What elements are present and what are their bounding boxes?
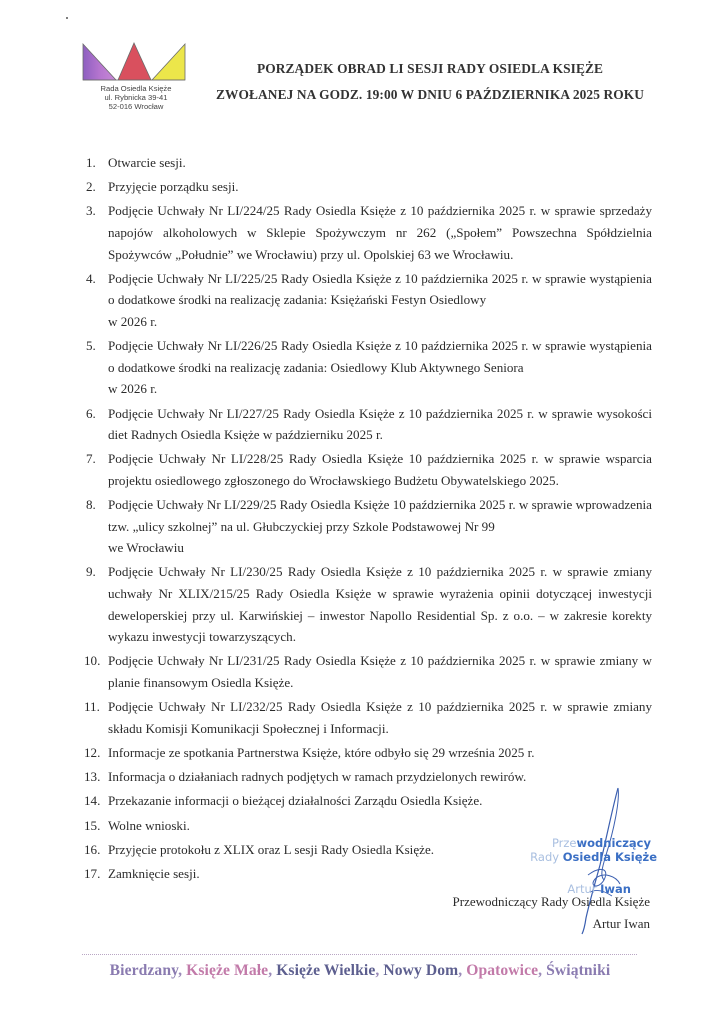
signer-role: Przewodniczący Rady Osiedla Księże	[453, 891, 650, 913]
agenda-item-number: 12.	[84, 742, 100, 764]
footer-divider	[82, 954, 637, 955]
agenda-list: 1.Otwarcie sesji.2.Przyjęcie porządku se…	[86, 152, 652, 887]
logo-address: Rada Osiedla Księże ul. Rybnicka 39-41 5…	[80, 84, 192, 112]
agenda-item: 8.Podjęcie Uchwały Nr LI/229/25 Rady Osi…	[86, 494, 652, 559]
agenda-item-text: Podjęcie Uchwały Nr LI/232/25 Rady Osied…	[108, 696, 652, 739]
stamp-line-1: Przewodniczący	[552, 836, 651, 850]
agenda-item-number: 3.	[86, 200, 96, 222]
agenda-item-number: 15.	[84, 815, 100, 837]
agenda-item: 7.Podjęcie Uchwały Nr LI/228/25 Rady Osi…	[86, 448, 652, 491]
agenda-item-number: 4.	[86, 268, 96, 290]
footer-separator: ,	[538, 962, 546, 979]
footer-locality: Opatowice	[466, 962, 538, 979]
agenda-item-number: 7.	[86, 448, 96, 470]
agenda-item: 11.Podjęcie Uchwały Nr LI/232/25 Rady Os…	[86, 696, 652, 739]
agenda-item-number: 2.	[86, 176, 96, 198]
stamp-line-2: Rady Osiedla Księże	[530, 850, 657, 864]
agenda-item-text-tail: w 2026 r.	[108, 311, 652, 333]
signature-block: Przewodniczący Rady Osiedla Księże Artur…	[453, 891, 650, 935]
agenda-item-number: 16.	[84, 839, 100, 861]
agenda-item-number: 17.	[84, 863, 100, 885]
footer-locality: Księże Wielkie	[276, 962, 375, 979]
agenda-item: 12.Informacje ze spotkania Partnerstwa K…	[86, 742, 652, 764]
agenda-item-text: Podjęcie Uchwały Nr LI/225/25 Rady Osied…	[108, 268, 652, 311]
agenda-item-text: Podjęcie Uchwały Nr LI/229/25 Rady Osied…	[108, 494, 652, 537]
footer-locality: Księże Małe	[186, 962, 268, 979]
agenda-item-number: 9.	[86, 561, 96, 583]
agenda-item-text: Podjęcie Uchwały Nr LI/227/25 Rady Osied…	[108, 403, 652, 446]
title-line-1: PORZĄDEK OBRAD LI SESJI RADY OSIEDLA KSI…	[200, 56, 660, 82]
agenda-item-text: Przyjęcie porządku sesji.	[108, 176, 652, 198]
agenda-item-text: Informacje ze spotkania Partnerstwa Księ…	[108, 742, 652, 764]
agenda-item: 3.Podjęcie Uchwały Nr LI/224/25 Rady Osi…	[86, 200, 652, 265]
agenda-item-text-tail: w 2026 r.	[108, 378, 652, 400]
agenda-item-number: 14.	[84, 790, 100, 812]
triangles-logo-icon	[82, 42, 188, 82]
agenda-item-text: Podjęcie Uchwały Nr LI/231/25 Rady Osied…	[108, 650, 652, 693]
footer-localities: Bierdzany, Księże Małe, Księże Wielkie, …	[60, 958, 660, 984]
agenda-item-text: Podjęcie Uchwały Nr LI/226/25 Rady Osied…	[108, 335, 652, 378]
logo-city: 52-016 Wrocław	[80, 102, 192, 111]
agenda-item: 5.Podjęcie Uchwały Nr LI/226/25 Rady Osi…	[86, 335, 652, 400]
footer-locality: Świątniki	[546, 962, 610, 979]
scan-speck	[66, 17, 68, 19]
title-line-2: ZWOŁANEJ NA GODZ. 19:00 W DNIU 6 PAŹDZIE…	[200, 82, 660, 108]
agenda-item-number: 10.	[84, 650, 100, 672]
agenda-item-text: Podjęcie Uchwały Nr LI/228/25 Rady Osied…	[108, 448, 652, 491]
agenda-item-number: 6.	[86, 403, 96, 425]
footer-locality: Bierdzany	[110, 962, 178, 979]
signer-name: Artur Iwan	[453, 913, 650, 935]
agenda-item-text: Podjęcie Uchwały Nr LI/224/25 Rady Osied…	[108, 200, 652, 265]
logo-street: ul. Rybnicka 39-41	[80, 93, 192, 102]
agenda-item-number: 13.	[84, 766, 100, 788]
footer-locality: Nowy Dom	[383, 962, 458, 979]
agenda-item: 9.Podjęcie Uchwały Nr LI/230/25 Rady Osi…	[86, 561, 652, 647]
agenda-item: 2.Przyjęcie porządku sesji.	[86, 176, 652, 198]
logo-org-name: Rada Osiedla Księże	[80, 84, 192, 93]
agenda-item-text-tail: we Wrocławiu	[108, 537, 652, 559]
agenda-item: 10.Podjęcie Uchwały Nr LI/231/25 Rady Os…	[86, 650, 652, 693]
agenda-item-number: 11.	[84, 696, 100, 718]
document-title: PORZĄDEK OBRAD LI SESJI RADY OSIEDLA KSI…	[200, 56, 660, 108]
agenda-item: 4.Podjęcie Uchwały Nr LI/225/25 Rady Osi…	[86, 268, 652, 333]
agenda-item-text: Podjęcie Uchwały Nr LI/230/25 Rady Osied…	[108, 561, 652, 647]
agenda-item: 6.Podjęcie Uchwały Nr LI/227/25 Rady Osi…	[86, 403, 652, 446]
footer-separator: ,	[268, 962, 276, 979]
agenda-item-number: 5.	[86, 335, 96, 357]
agenda-item-number: 8.	[86, 494, 96, 516]
agenda-item: 1.Otwarcie sesji.	[86, 152, 652, 174]
footer-separator: ,	[178, 962, 186, 979]
agenda-item-number: 1.	[86, 152, 96, 174]
agenda-item-text: Otwarcie sesji.	[108, 152, 652, 174]
